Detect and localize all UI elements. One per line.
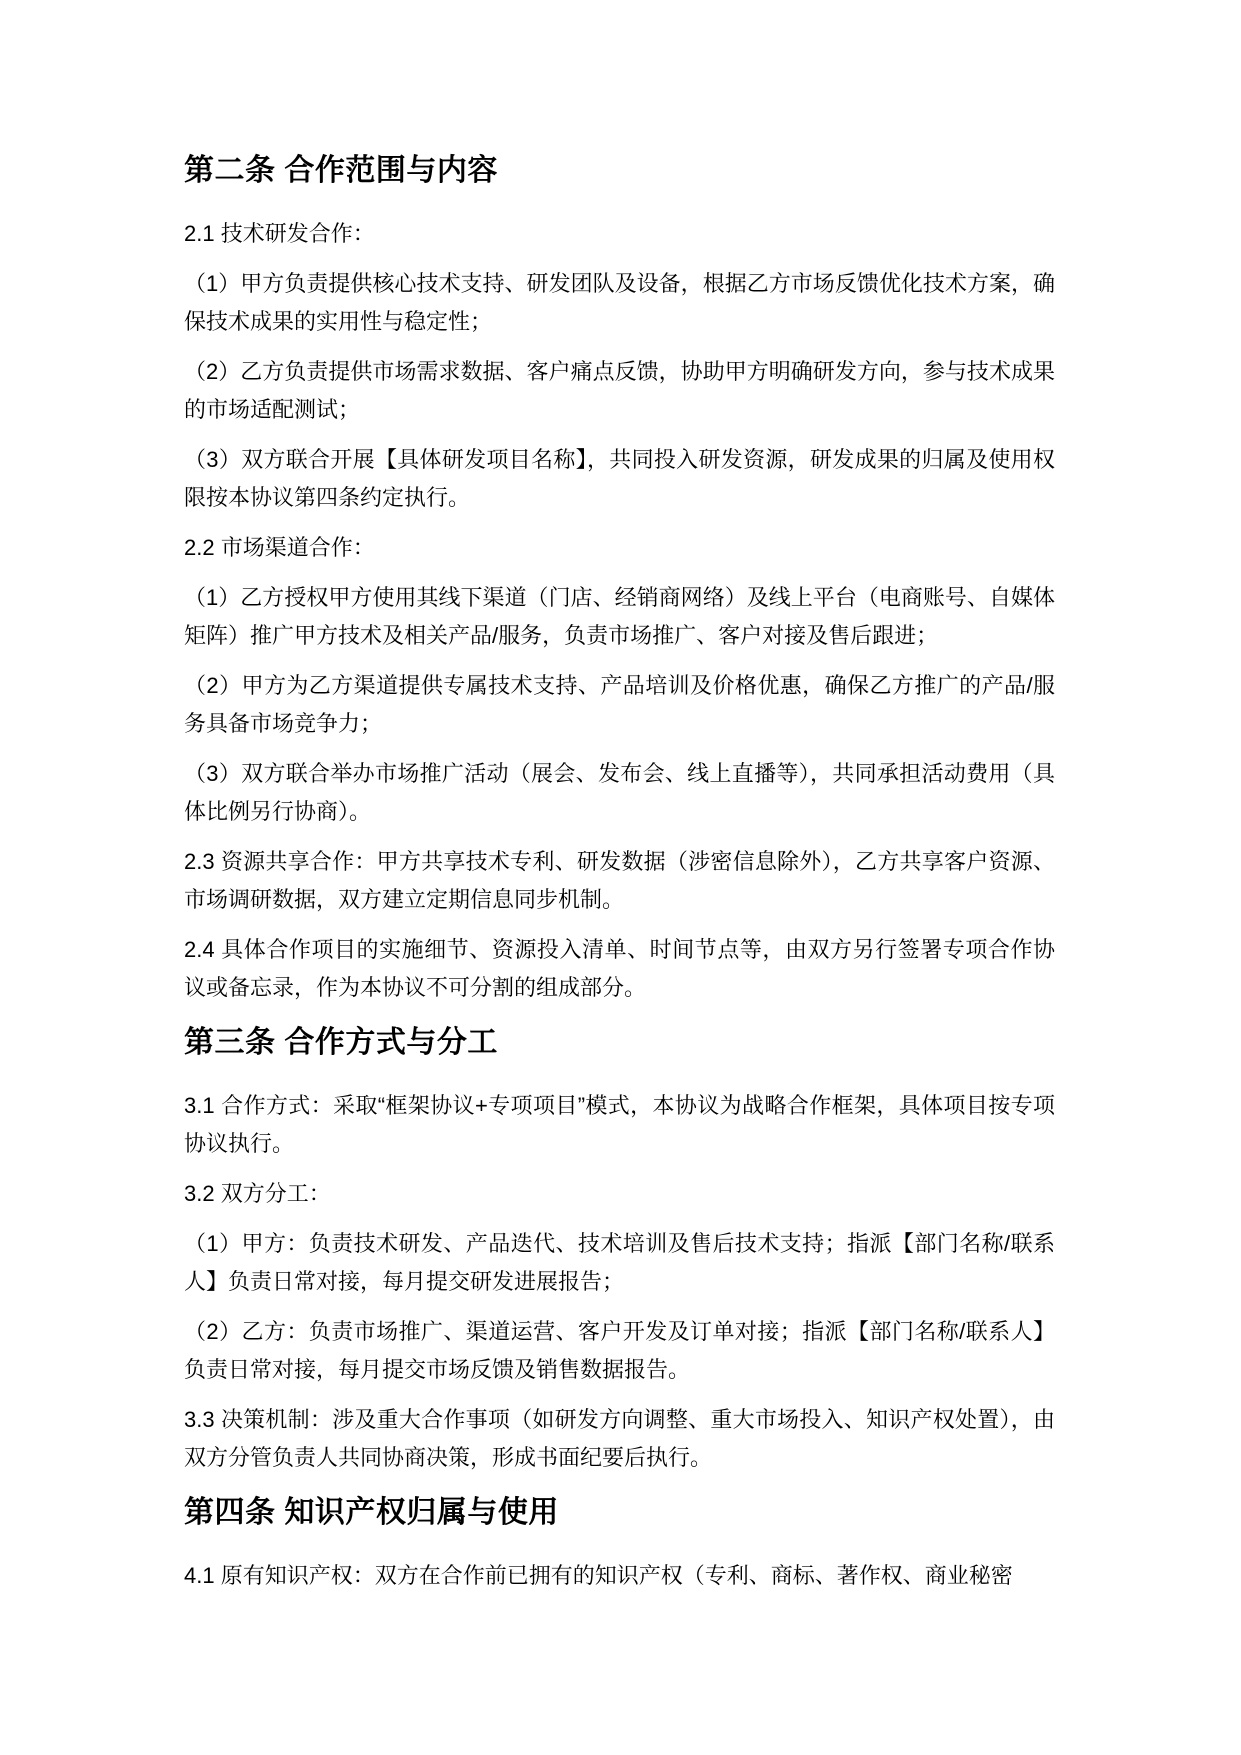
paragraph: （1）甲方：负责技术研发、产品迭代、技术培训及售后技术支持；指派【部门名称/联系… — [184, 1225, 1055, 1301]
document-body: 第二条 合作范围与内容2.1 技术研发合作：（1）甲方负责提供核心技术支持、研发… — [184, 147, 1055, 1595]
paragraph: （2）乙方：负责市场推广、渠道运营、客户开发及订单对接；指派【部门名称/联系人】… — [184, 1313, 1055, 1389]
paragraph: 2.2 市场渠道合作： — [184, 529, 1055, 567]
paragraph: （3）双方联合开展【具体研发项目名称】，共同投入研发资源，研发成果的归属及使用权… — [184, 441, 1055, 517]
paragraph: 2.3 资源共享合作：甲方共享技术专利、研发数据（涉密信息除外），乙方共享客户资… — [184, 843, 1055, 919]
paragraph: 4.1 原有知识产权：双方在合作前已拥有的知识产权（专利、商标、著作权、商业秘密 — [184, 1557, 1055, 1595]
paragraph: 2.4 具体合作项目的实施细节、资源投入清单、时间节点等，由双方另行签署专项合作… — [184, 931, 1055, 1007]
paragraph: （2）甲方为乙方渠道提供专属技术支持、产品培训及价格优惠，确保乙方推广的产品/服… — [184, 667, 1055, 743]
article-heading: 第四条 知识产权归属与使用 — [184, 1489, 1055, 1537]
paragraph: 3.3 决策机制：涉及重大合作事项（如研发方向调整、重大市场投入、知识产权处置）… — [184, 1401, 1055, 1477]
paragraph: 3.2 双方分工： — [184, 1175, 1055, 1213]
article-heading: 第三条 合作方式与分工 — [184, 1019, 1055, 1067]
paragraph: （1）甲方负责提供核心技术支持、研发团队及设备，根据乙方市场反馈优化技术方案，确… — [184, 265, 1055, 341]
paragraph: （3）双方联合举办市场推广活动（展会、发布会、线上直播等），共同承担活动费用（具… — [184, 755, 1055, 831]
paragraph: 2.1 技术研发合作： — [184, 215, 1055, 253]
article-heading: 第二条 合作范围与内容 — [184, 147, 1055, 195]
paragraph: （2）乙方负责提供市场需求数据、客户痛点反馈，协助甲方明确研发方向，参与技术成果… — [184, 353, 1055, 429]
document-page: 第二条 合作范围与内容2.1 技术研发合作：（1）甲方负责提供核心技术支持、研发… — [0, 0, 1241, 1755]
paragraph: （1）乙方授权甲方使用其线下渠道（门店、经销商网络）及线上平台（电商账号、自媒体… — [184, 579, 1055, 655]
paragraph: 3.1 合作方式：采取“框架协议+专项项目”模式，本协议为战略合作框架，具体项目… — [184, 1087, 1055, 1163]
